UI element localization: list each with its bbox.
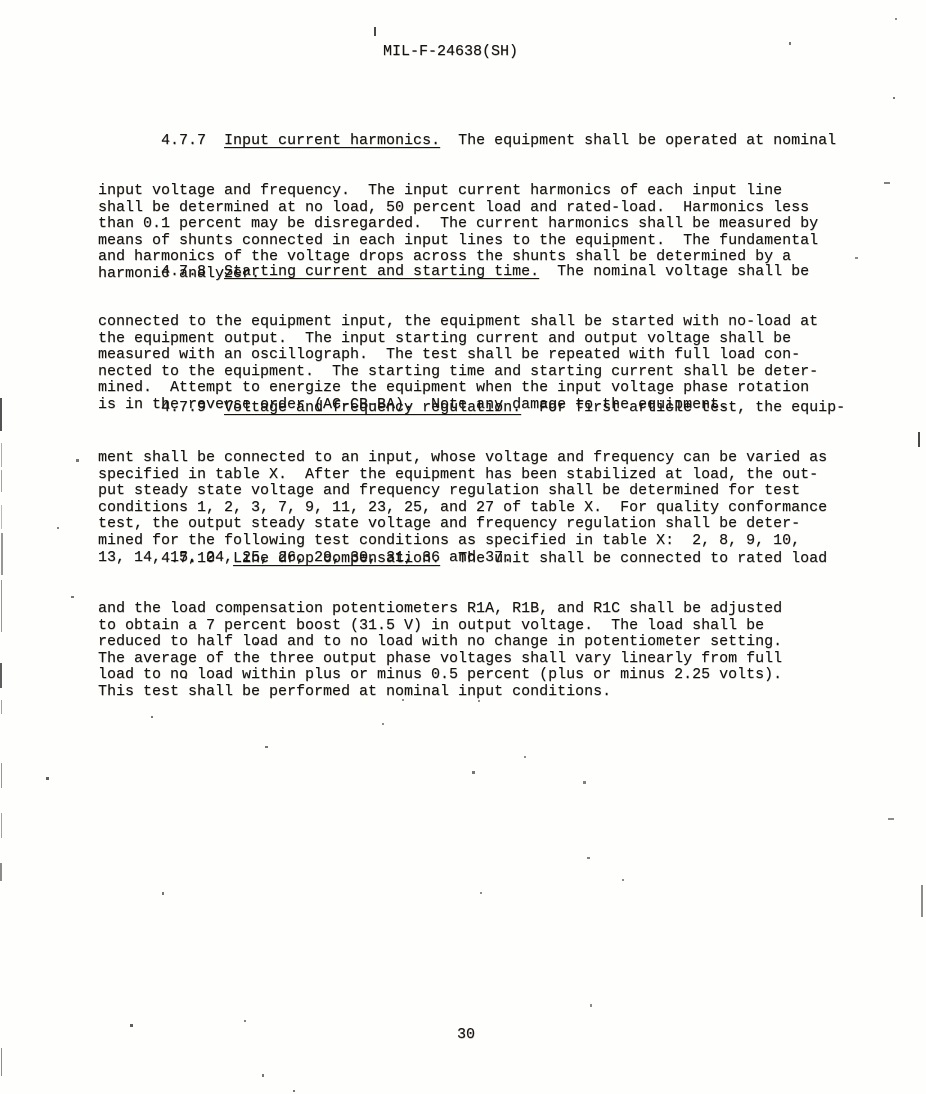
paragraph-line: to obtain a 7 percent boost (31.5 V) in … [98,618,827,635]
page-number: 30 [457,1027,475,1044]
paragraph-title: Starting current and starting time. [224,263,539,280]
paragraph-text-start: The unit shall be connected to rated loa… [440,550,827,567]
paragraph-line: load to no load within plus or minus 0.5… [98,667,827,684]
paragraph-title: Voltage and frequency regulation. [224,399,521,416]
paragraph-line: conditions 1, 2, 3, 7, 9, 11, 23, 25, an… [98,500,845,517]
paragraph-line: the equipment output. The input starting… [98,331,818,348]
paragraph-line: connected to the equipment input, the eq… [98,314,818,331]
spec-paragraph: 4.7.10 Line drop compensation. The unit … [98,518,827,701]
paragraph-line: This test shall be performed at nominal … [98,684,827,701]
paragraph-first-line: 4.7.9 Voltage and frequency regulation. … [98,400,845,417]
paragraph-line: reduced to half load and to no load with… [98,634,827,651]
paragraph-line: The average of the three output phase vo… [98,651,827,668]
paragraph-text-start: The equipment shall be operated at nomin… [440,132,836,149]
paragraph-title: Line drop compensation. [233,550,440,567]
paragraph-line: measured with an oscillograph. The test … [98,347,818,364]
paragraph-first-line: 4.7.7 Input current harmonics. The equip… [98,133,836,150]
paragraph-line: ment shall be connected to an input, who… [98,450,845,467]
paragraph-title: Input current harmonics. [224,132,440,149]
paragraph-text-start: The nominal voltage shall be [539,263,809,280]
paragraph-number: 4.7.9 [98,399,224,416]
scanned-document-page: MIL-F-24638(SH) 4.7.7 Input current harm… [0,0,926,1094]
paragraph-line: input voltage and frequency. The input c… [98,183,836,200]
paragraph-first-line: 4.7.10 Line drop compensation. The unit … [98,551,827,568]
document-id-header: MIL-F-24638(SH) [383,44,518,61]
paragraph-text-start: For first article test, the equip- [521,399,845,416]
paragraph-line: specified in table X. After the equipmen… [98,467,845,484]
paragraph-line: put steady state voltage and frequency r… [98,483,845,500]
document-body: 4.7.7 Input current harmonics. The equip… [0,66,926,199]
paragraph-first-line: 4.7.8 Starting current and starting time… [98,264,818,281]
paragraph-line: and the load compensation potentiometers… [98,601,827,618]
paragraph-line: shall be determined at no load, 50 perce… [98,200,836,217]
paragraph-number: 4.7.8 [98,263,224,280]
document-text-layer: MIL-F-24638(SH) 4.7.7 Input current harm… [0,0,926,1094]
paragraph-number: 4.7.7 [98,132,224,149]
paragraph-number: 4.7.10 [98,550,233,567]
